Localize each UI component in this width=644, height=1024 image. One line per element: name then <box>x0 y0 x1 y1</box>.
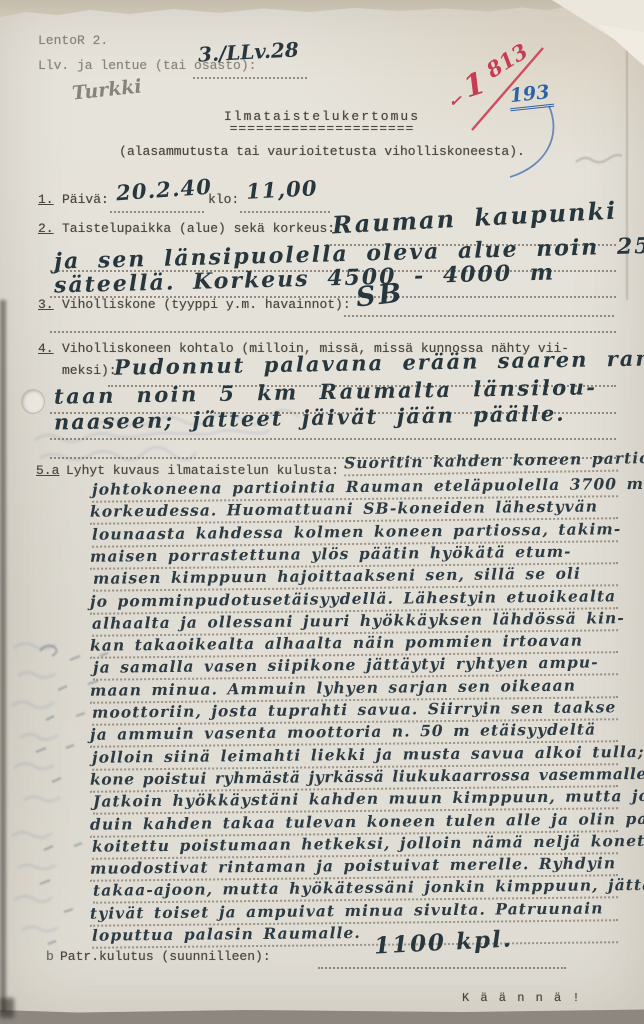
item3-value: SB <box>355 278 406 314</box>
item5a-number: 5.a <box>36 463 59 478</box>
unit-line: LentoR 2. <box>38 33 108 48</box>
dotted-line <box>50 331 616 333</box>
item5b-label: Patr.kulutus (suunnilleen): <box>60 949 271 964</box>
hole-punch <box>21 389 45 414</box>
item1-label: Päivä: <box>62 192 109 207</box>
dotted-line <box>110 211 204 213</box>
left-page-edge-shadow <box>0 300 6 1012</box>
item3-label: Viholliskone (tyyppi y.m. havainnot): <box>62 297 351 312</box>
dotted-line <box>240 211 330 213</box>
item1-time-label: klo: <box>208 192 239 207</box>
dotted-line <box>318 967 566 969</box>
item3-number: 3. <box>38 297 54 312</box>
title-underline: ===================== <box>0 121 644 136</box>
item1-time-value: 11,00 <box>245 175 318 204</box>
dotted-line <box>193 77 307 79</box>
turn-page-note: K ä ä n n ä ! <box>462 991 582 1005</box>
item2-label: Taistelupaikka (alue) sekä korkeus: <box>62 221 335 236</box>
item2-number: 2. <box>38 221 54 236</box>
battle-narrative-line: Suoritin kahden koneen partion <box>344 448 618 477</box>
item5b-number: b <box>46 949 54 964</box>
blue-number: 193 <box>508 81 554 111</box>
item4-number: 4. <box>38 341 54 356</box>
dotted-line <box>50 438 616 440</box>
dotted-line <box>344 315 614 317</box>
report-subtitle: (alasammutusta tai vaurioitetusta viholl… <box>0 144 644 159</box>
bottom-left-edge-shadow <box>0 998 14 1018</box>
item4-label-line2: meksi): <box>62 363 117 378</box>
item1-number: 1. <box>38 192 54 207</box>
red-checkmark: ✓ <box>449 92 462 110</box>
